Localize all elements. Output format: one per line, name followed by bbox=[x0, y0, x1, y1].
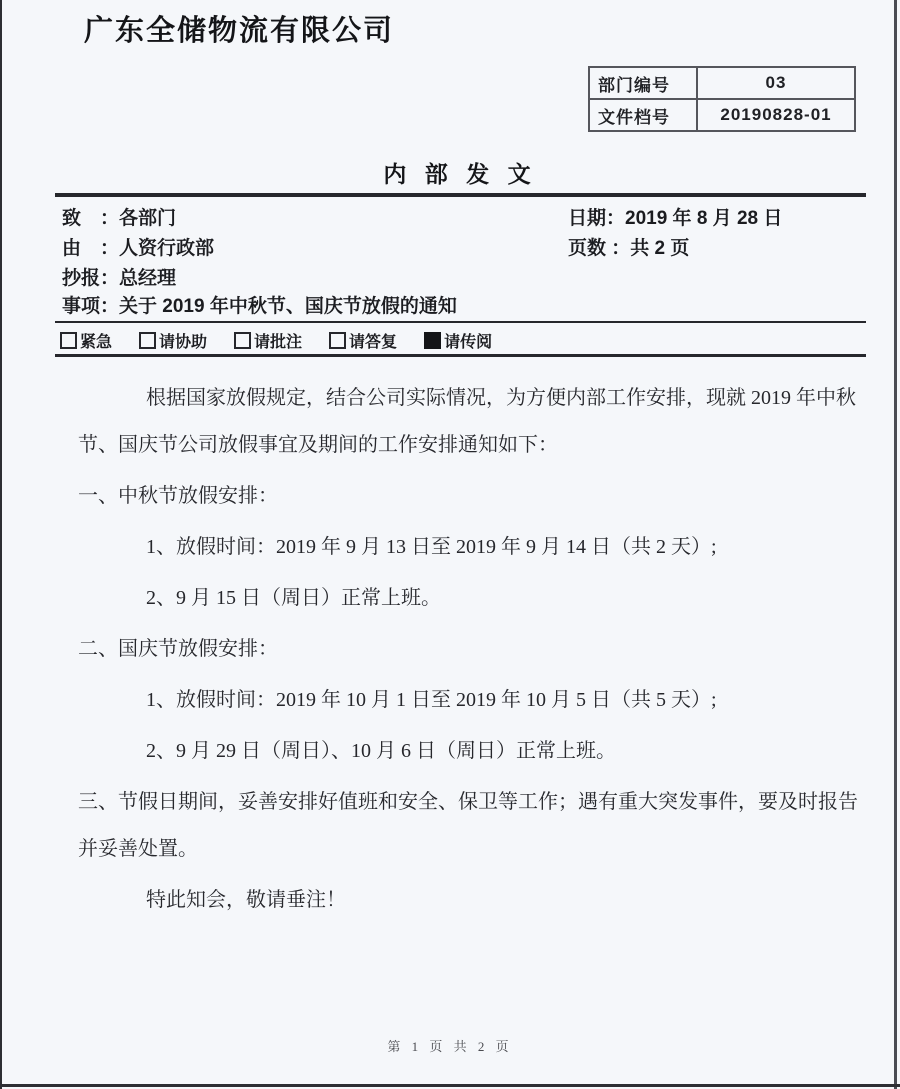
section-2-item-2: 2、9 月 29 日（周日）、10 月 6 日（周日）正常上班。 bbox=[78, 728, 860, 775]
checkbox-label: 请协助 bbox=[159, 329, 207, 352]
document-body: 根据国家放假规定，结合公司实际情况，为方便内部工作安排，现就 2019 年中秋节… bbox=[78, 375, 860, 928]
dept-number-value: 03 bbox=[697, 67, 855, 99]
checkbox-reply: 请答复 bbox=[329, 329, 397, 352]
title-rule bbox=[55, 193, 866, 197]
checkbox-label: 紧急 bbox=[80, 329, 112, 352]
field-to-value: 各部门 bbox=[119, 208, 176, 229]
field-date: 日期：2019 年 8 月 28 日 bbox=[568, 203, 782, 230]
checkbox-square-icon bbox=[60, 332, 77, 349]
field-subject: 事项：关于 2019 年中秋节、国庆节放假的通知 bbox=[62, 291, 457, 318]
field-to-label: 致 ： bbox=[62, 203, 119, 230]
field-date-label: 日期： bbox=[568, 203, 625, 230]
field-from-value: 人资行政部 bbox=[119, 238, 214, 259]
scan-edge-left bbox=[0, 0, 2, 1089]
field-subject-value: 关于 2019 年中秋节、国庆节放假的通知 bbox=[119, 296, 457, 317]
checkbox-annotate: 请批注 bbox=[234, 329, 302, 352]
field-cc-label: 抄报： bbox=[62, 263, 119, 290]
section-2-heading: 二、国庆节放假安排： bbox=[78, 626, 860, 673]
checkbox-label: 请批注 bbox=[254, 329, 302, 352]
checkbox-square-icon bbox=[139, 332, 156, 349]
field-from-label: 由 ： bbox=[62, 233, 119, 260]
field-to: 致 ：各部门 bbox=[62, 203, 176, 230]
field-date-value: 2019 年 8 月 28 日 bbox=[625, 208, 782, 229]
checkbox-square-icon bbox=[329, 332, 346, 349]
table-row: 部门编号 03 bbox=[589, 67, 855, 99]
document-title: 内 部 发 文 bbox=[55, 156, 865, 189]
field-cc-value: 总经理 bbox=[119, 268, 176, 289]
table-row: 文件档号 20190828-01 bbox=[589, 99, 855, 131]
section-1-heading: 一、中秋节放假安排： bbox=[78, 473, 860, 520]
file-number-label: 文件档号 bbox=[589, 99, 697, 131]
checkbox-square-filled-icon bbox=[424, 332, 441, 349]
checkbox-rule bbox=[55, 354, 866, 357]
section-3-paragraph: 三、节假日期间，妥善安排好值班和安全、保卫等工作；遇有重大突发事件，要及时报告并… bbox=[78, 779, 860, 873]
scanned-document-page: 广东全储物流有限公司 部门编号 03 文件档号 20190828-01 内 部 … bbox=[0, 0, 900, 1089]
field-subject-label: 事项： bbox=[62, 291, 119, 318]
section-1-item-1: 1、放假时间：2019 年 9 月 13 日至 2019 年 9 月 14 日（… bbox=[78, 524, 860, 571]
field-pages-label: 页数 ： bbox=[568, 233, 630, 260]
body-intro-paragraph: 根据国家放假规定，结合公司实际情况，为方便内部工作安排，现就 2019 年中秋节… bbox=[78, 375, 860, 469]
checkbox-urgent: 紧急 bbox=[60, 329, 112, 352]
section-1-item-2: 2、9 月 15 日（周日）正常上班。 bbox=[78, 575, 860, 622]
checkbox-assist: 请协助 bbox=[139, 329, 207, 352]
checkbox-circulate: 请传阅 bbox=[424, 329, 492, 352]
field-cc: 抄报：总经理 bbox=[62, 263, 176, 290]
subject-rule bbox=[55, 321, 866, 323]
checkbox-label: 请传阅 bbox=[444, 329, 492, 352]
field-pages: 页数 ：共 2 页 bbox=[568, 233, 689, 260]
document-info-table: 部门编号 03 文件档号 20190828-01 bbox=[588, 66, 856, 132]
field-from: 由 ：人资行政部 bbox=[62, 233, 214, 260]
closing-paragraph: 特此知会，敬请垂注！ bbox=[78, 877, 860, 924]
field-pages-value: 共 2 页 bbox=[630, 238, 689, 259]
scan-edge-bottom bbox=[0, 1084, 900, 1087]
page-number-footer: 第 1 页 共 2 页 bbox=[0, 1036, 900, 1055]
scan-edge-right bbox=[894, 0, 897, 1089]
checkbox-square-icon bbox=[234, 332, 251, 349]
file-number-value: 20190828-01 bbox=[697, 99, 855, 131]
company-name: 广东全储物流有限公司 bbox=[84, 8, 394, 49]
routing-checkbox-row: 紧急 请协助 请批注 请答复 请传阅 bbox=[60, 329, 860, 352]
checkbox-label: 请答复 bbox=[349, 329, 397, 352]
section-2-item-1: 1、放假时间：2019 年 10 月 1 日至 2019 年 10 月 5 日（… bbox=[78, 677, 860, 724]
dept-number-label: 部门编号 bbox=[589, 67, 697, 99]
